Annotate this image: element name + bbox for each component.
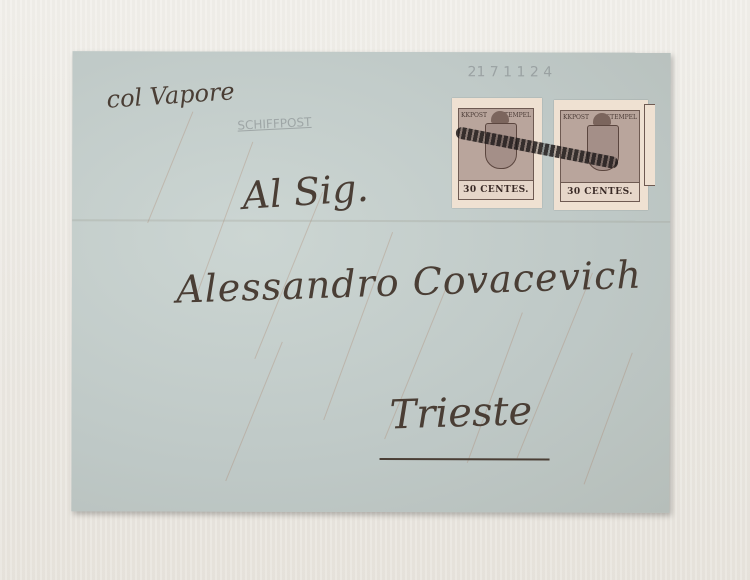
crown-icon xyxy=(491,111,509,123)
route-note: col Vapore xyxy=(106,77,236,114)
address-city: Trieste xyxy=(389,388,533,439)
address-salutation: Al Sig. xyxy=(241,166,370,218)
faint-schiffpost-mark: SCHIFFPOST xyxy=(237,115,312,133)
crown-icon xyxy=(593,113,611,125)
stamp-top-left-text: KKPOST xyxy=(563,114,589,121)
address-name: Alessandro Covacevich xyxy=(175,253,642,312)
faint-pencil-notation: 21 7 1 1 2 4 xyxy=(468,64,553,80)
partial-stamp-edge xyxy=(644,104,655,186)
stamp-top-left-text: KKPOST xyxy=(461,112,487,119)
stamp-value: 30 CENTES. xyxy=(459,180,533,199)
stamp-value: 30 CENTES. xyxy=(561,182,639,201)
city-underline xyxy=(380,458,550,460)
postage-stamp-1: KKPOSTSTEMPEL 30 CENTES. xyxy=(452,98,542,208)
